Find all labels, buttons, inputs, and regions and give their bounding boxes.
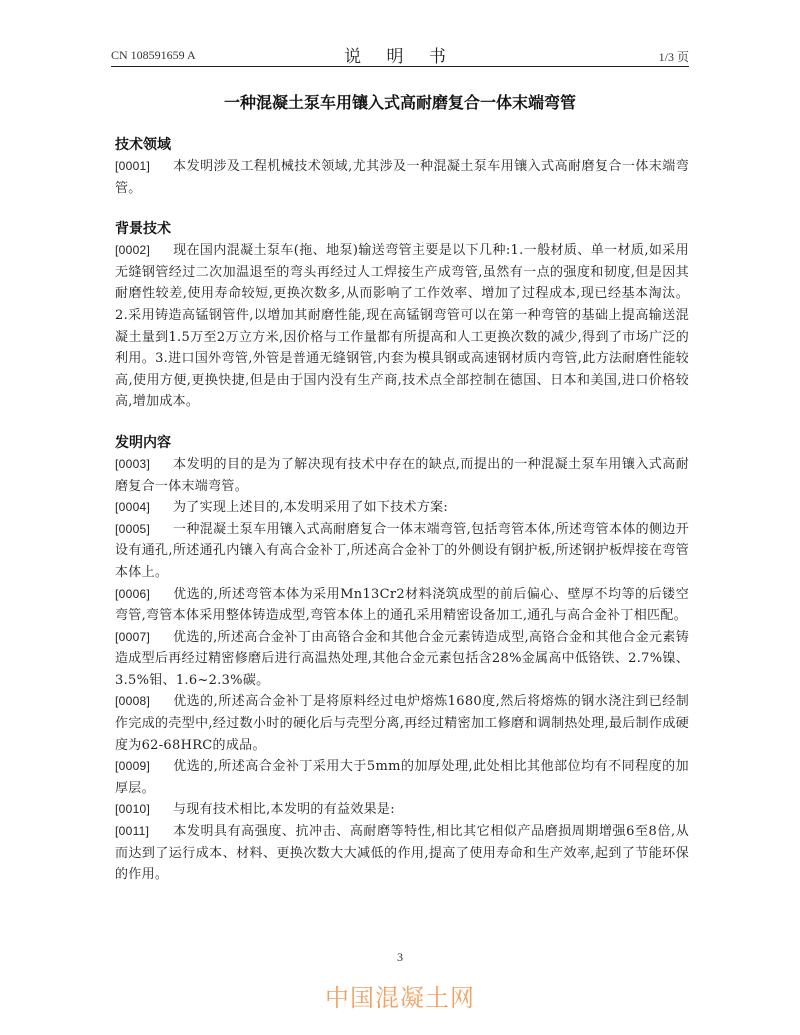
section-heading-background: 背景技术	[115, 218, 689, 240]
paragraph-number: [0009]	[115, 756, 173, 778]
paragraph-text: 本发明具有高强度、抗冲击、高耐磨等特性,相比其它相似产品磨损周期增强6至8倍,从…	[115, 824, 689, 882]
paragraph: [0007]优选的,所述高合金补丁由高铬合金和其他合金元素铸造成型,高铬合金和其…	[115, 627, 689, 692]
paragraph-text: 本发明的目的是为了解决现有技术中存在的缺点,而提出的一种混凝土泵车用镶入式高耐磨…	[115, 457, 689, 494]
paragraph-text: 现在国内混凝土泵车(拖、地泵)输送弯管主要是以下几种:1.一般材质、单一材质,如…	[115, 243, 689, 409]
paragraph: [0002]现在国内混凝土泵车(拖、地泵)输送弯管主要是以下几种:1.一般材质、…	[115, 240, 689, 413]
paragraph: [0009]优选的,所述高合金补丁采用大于5mm的加厚处理,此处相比其他部位均有…	[115, 756, 689, 799]
paragraph-text: 本发明涉及工程机械技术领域,尤其涉及一种混凝土泵车用镶入式高耐磨复合一体末端弯管…	[115, 159, 689, 196]
page-indicator: 1/3 页	[659, 48, 689, 65]
paragraph-number: [0006]	[115, 584, 173, 606]
paragraph: [0010]与现有技术相比,本发明的有益效果是:	[115, 799, 689, 821]
paragraph-number: [0008]	[115, 691, 173, 713]
paragraph: [0006]优选的,所述弯管本体为采用Mn13Cr2材料浇筑成型的前后偏心、壁厚…	[115, 584, 689, 627]
paragraph-text: 优选的,所述弯管本体为采用Mn13Cr2材料浇筑成型的前后偏心、壁厚不均等的后镂…	[115, 587, 689, 624]
section-gap	[115, 199, 689, 218]
document-title: 一种混凝土泵车用镶入式高耐磨复合一体末端弯管	[0, 90, 800, 113]
paragraph-number: [0011]	[115, 821, 173, 843]
paragraph-number: [0005]	[115, 519, 173, 541]
document-body: 技术领域 [0001]本发明涉及工程机械技术领域,尤其涉及一种混凝土泵车用镶入式…	[115, 134, 689, 886]
section-heading-technical-field: 技术领域	[115, 134, 689, 156]
paragraph-text: 为了实现上述目的,本发明采用了如下技术方案:	[173, 500, 448, 515]
paragraph-text: 一种混凝土泵车用镶入式高耐磨复合一体末端弯管,包括弯管本体,所述弯管本体的侧边开…	[115, 522, 689, 580]
paragraph-text: 与现有技术相比,本发明的有益效果是:	[173, 802, 395, 817]
page-header: CN 108591659 A 说 明 书 1/3 页	[111, 44, 689, 67]
page-number: 3	[0, 950, 800, 965]
paragraph: [0011]本发明具有高强度、抗冲击、高耐磨等特性,相比其它相似产品磨损周期增强…	[115, 821, 689, 886]
paragraph: [0008]优选的,所述高合金补丁是将原料经过电炉熔炼1680度,然后将熔炼的钢…	[115, 691, 689, 756]
paragraph-text: 优选的,所述高合金补丁由高铬合金和其他合金元素铸造成型,高铬合金和其他合金元素铸…	[115, 630, 689, 688]
paragraph: [0003]本发明的目的是为了解决现有技术中存在的缺点,而提出的一种混凝土泵车用…	[115, 454, 689, 497]
paragraph-text: 优选的,所述高合金补丁是将原料经过电炉熔炼1680度,然后将熔炼的钢水浇注到已经…	[115, 694, 689, 752]
paragraph: [0001]本发明涉及工程机械技术领域,尤其涉及一种混凝土泵车用镶入式高耐磨复合…	[115, 156, 689, 199]
section-gap	[115, 413, 689, 432]
paragraph-number: [0004]	[115, 497, 173, 519]
paragraph-text: 优选的,所述高合金补丁采用大于5mm的加厚处理,此处相比其他部位均有不同程度的加…	[115, 759, 689, 796]
section-heading-summary: 发明内容	[115, 432, 689, 454]
paragraph-number: [0001]	[115, 156, 173, 178]
paragraph-number: [0002]	[115, 240, 173, 262]
paragraph-number: [0007]	[115, 627, 173, 649]
document-type: 说 明 书	[111, 42, 689, 67]
watermark: 中国混凝土网	[0, 978, 800, 1013]
paragraph-number: [0010]	[115, 799, 173, 821]
paragraph-number: [0003]	[115, 454, 173, 476]
paragraph: [0004]为了实现上述目的,本发明采用了如下技术方案:	[115, 497, 689, 519]
paragraph: [0005]一种混凝土泵车用镶入式高耐磨复合一体末端弯管,包括弯管本体,所述弯管…	[115, 519, 689, 584]
